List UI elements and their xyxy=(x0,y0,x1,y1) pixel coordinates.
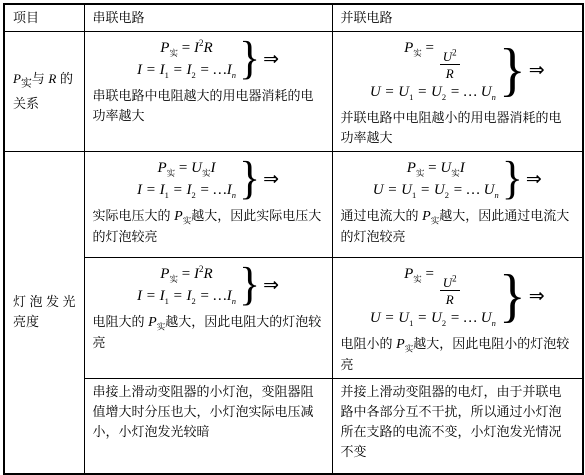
formula-r1-series: P实 = I2R I = I1 = I2 = …In } ⇒ xyxy=(93,37,324,81)
row-label-power-resistance: P实与 R 的关系 xyxy=(4,32,84,152)
conclusion-text: 实际电压大的 P实越大，因此实际电压大的灯泡较亮 xyxy=(93,206,324,247)
implies-arrow-icon: ⇒ xyxy=(526,169,542,189)
formula-voltage-line: U = U1 = U2 = … Un xyxy=(373,179,499,201)
formula-power-line: P实 = U2R xyxy=(404,37,462,81)
var-p: P xyxy=(13,71,21,86)
sub-actual: 实 xyxy=(21,78,32,90)
brace-icon: } xyxy=(239,158,260,200)
brace-icon: } xyxy=(499,270,526,323)
brace-icon: } xyxy=(239,38,260,80)
formula-power-line: P实 = I2R xyxy=(160,37,212,59)
cell-r1-parallel: P实 = U2R U = U1 = U2 = … Un } ⇒ 并联电路中电阻越… xyxy=(332,32,583,152)
implies-arrow-icon: ⇒ xyxy=(529,286,545,306)
cell-r1-series: P实 = I2R I = I1 = I2 = …In } ⇒ 串联电路中电阻越大… xyxy=(84,32,332,152)
explanation-text: 并接上滑动变阻器的电灯，由于并联电路中各部分互不干扰，所以通过小灯泡所在支路的电… xyxy=(341,382,575,462)
row-brightness-r: P实 = I2R I = I1 = I2 = …In } ⇒ 电阻大的 P实越大… xyxy=(4,258,583,379)
conclusion-text: 通过电流大的 P实越大，因此通过电流大的灯泡较亮 xyxy=(341,206,575,247)
row-label-bulb-brightness: 灯泡发光亮度 xyxy=(4,152,84,474)
brace-icon: } xyxy=(502,158,523,200)
formula-r2a-series: P实 = U实I I = I1 = I2 = …In } ⇒ xyxy=(93,157,324,201)
formula-r2b-series: P实 = I2R I = I1 = I2 = …In } ⇒ xyxy=(93,263,324,307)
fraction: U2R xyxy=(440,275,460,307)
brace-icon: } xyxy=(239,264,260,306)
formula-current-line: I = I1 = I2 = …In xyxy=(137,285,236,307)
cell-r2a-parallel: P实 = U实I U = U1 = U2 = … Un } ⇒ 通过电流大的 P… xyxy=(332,152,583,258)
formula-r2b-parallel: P实 = U2R U = U1 = U2 = … Un } ⇒ xyxy=(341,263,575,329)
conclusion-text: 电阻大的 P实越大，因此电阻大的灯泡较亮 xyxy=(93,312,324,353)
implies-arrow-icon: ⇒ xyxy=(263,275,279,295)
implies-arrow-icon: ⇒ xyxy=(263,49,279,69)
formula-r2a-parallel: P实 = U实I U = U1 = U2 = … Un } ⇒ xyxy=(341,157,575,201)
row-brightness-ui: 灯泡发光亮度 P实 = U实I I = I1 = I2 = …In } ⇒ 实际… xyxy=(4,152,583,258)
header-item: 项目 xyxy=(4,4,84,32)
cell-r2b-series: P实 = I2R I = I1 = I2 = …In } ⇒ 电阻大的 P实越大… xyxy=(84,258,332,379)
formula-current-line: I = I1 = I2 = …In xyxy=(137,179,236,201)
formula-r1-parallel: P实 = U2R U = U1 = U2 = … Un } ⇒ xyxy=(341,37,575,103)
cell-r2a-series: P实 = U实I I = I1 = I2 = …In } ⇒ 实际电压大的 P实… xyxy=(84,152,332,258)
formula-current-line: I = I1 = I2 = …In xyxy=(137,59,236,81)
header-row: 项目 串联电路 并联电路 xyxy=(4,4,583,32)
label-mid: 与 xyxy=(32,71,49,86)
header-parallel-circuit: 并联电路 xyxy=(332,4,583,32)
conclusion-text: 电阻小的 P实越大，因此电阻小的灯泡较亮 xyxy=(341,334,575,375)
formula-power-line: P实 = U实I xyxy=(157,157,215,179)
explanation-text: 串接上滑动变阻器的小灯泡，变阻器阻值增大时分压也大，小灯泡实际电压减小，小灯泡发… xyxy=(93,382,324,442)
formula-power-line: P实 = U2R xyxy=(404,263,462,307)
implies-arrow-icon: ⇒ xyxy=(263,169,279,189)
circuit-comparison-table: 项目 串联电路 并联电路 P实与 R 的关系 P实 = I2R I = I1 =… xyxy=(3,3,584,475)
brace-icon: } xyxy=(499,44,526,97)
row-rheostat: 串接上滑动变阻器的小灯泡，变阻器阻值增大时分压也大，小灯泡实际电压减小，小灯泡发… xyxy=(4,379,583,474)
formula-power-line: P实 = I2R xyxy=(160,263,212,285)
implies-arrow-icon: ⇒ xyxy=(529,60,545,80)
fraction: U2R xyxy=(440,49,460,81)
header-series-circuit: 串联电路 xyxy=(84,4,332,32)
row-power-resistance: P实与 R 的关系 P实 = I2R I = I1 = I2 = …In } ⇒… xyxy=(4,32,583,152)
formula-voltage-line: U = U1 = U2 = … Un xyxy=(370,307,496,329)
conclusion-text: 并联电路中电阻越小的用电器消耗的电功率越大 xyxy=(341,108,575,148)
conclusion-text: 串联电路中电阻越大的用电器消耗的电功率越大 xyxy=(93,86,324,126)
cell-r2c-parallel: 并接上滑动变阻器的电灯，由于并联电路中各部分互不干扰，所以通过小灯泡所在支路的电… xyxy=(332,379,583,474)
formula-power-line: P实 = U实I xyxy=(407,157,465,179)
page: 项目 串联电路 并联电路 P实与 R 的关系 P实 = I2R I = I1 =… xyxy=(0,0,585,432)
cell-r2c-series: 串接上滑动变阻器的小灯泡，变阻器阻值增大时分压也大，小灯泡实际电压减小，小灯泡发… xyxy=(84,379,332,474)
formula-voltage-line: U = U1 = U2 = … Un xyxy=(370,81,496,103)
cell-r2b-parallel: P实 = U2R U = U1 = U2 = … Un } ⇒ 电阻小的 P实越… xyxy=(332,258,583,379)
